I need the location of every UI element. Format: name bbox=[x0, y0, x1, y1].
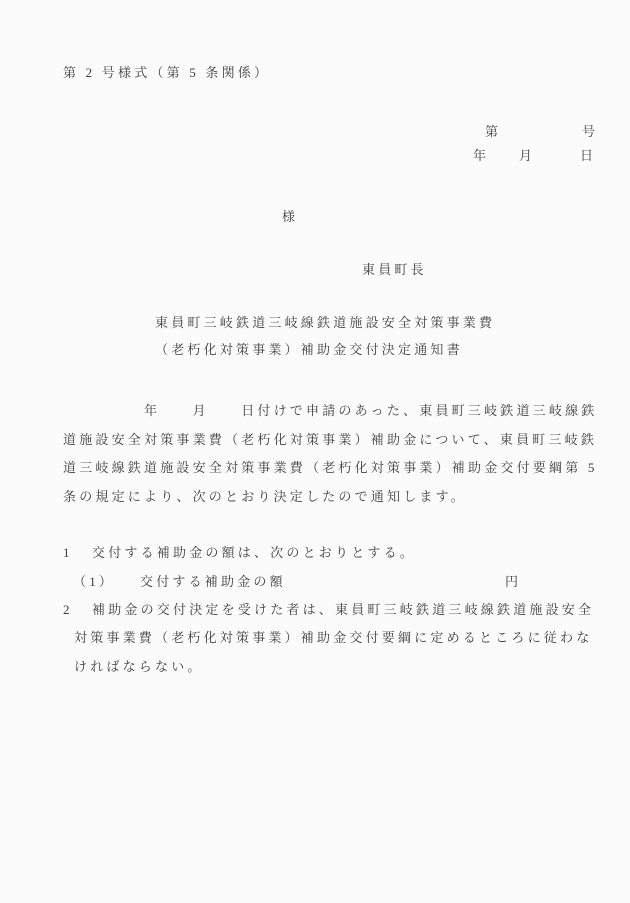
body-line: 年 月 日付けで申請のあった、東員町三岐鉄道三岐線鉄 bbox=[63, 397, 593, 426]
item-2-line: 対策事業費（老朽化対策事業）補助金交付要綱に定めるところに従わな bbox=[74, 630, 592, 645]
item-2-number: 2 bbox=[63, 602, 73, 617]
issue-number-suffix: 号 bbox=[582, 124, 598, 139]
form-number: 第 2 号様式（第 5 条関係） bbox=[63, 65, 270, 80]
item-2-line: ければならない。 bbox=[74, 659, 204, 674]
body-paragraph: 年 月 日付けで申請のあった、東員町三岐鉄道三岐線鉄 道施設安全対策事業費（老朽… bbox=[63, 397, 593, 511]
document-page: 第 2 号様式（第 5 条関係） 第 号 年 月 日 様 東員町長 東員町三岐鉄… bbox=[0, 0, 630, 903]
document-title-line1: 東員町三岐鉄道三岐線鉄道施設安全対策事業費 bbox=[155, 315, 495, 330]
body-line: 条の規定により、次のとおり決定したので通知します。 bbox=[63, 483, 593, 512]
item-1-number: 1 bbox=[63, 545, 73, 560]
item-2-line: 補助金の交付決定を受けた者は、東員町三岐鉄道三岐線鉄道施設安全 bbox=[92, 602, 594, 617]
item-1-text: 交付する補助金の額は、次のとおりとする。 bbox=[92, 545, 416, 560]
date-day-label: 日 bbox=[580, 148, 596, 163]
sender-name: 東員町長 bbox=[362, 262, 427, 277]
body-line: 道施設安全対策事業費（老朽化対策事業）補助金について、東員町三岐鉄 bbox=[63, 426, 593, 455]
date-month-label: 月 bbox=[519, 148, 535, 163]
item-1-sub-text: 交付する補助金の額 bbox=[140, 574, 286, 589]
issue-number-prefix: 第 bbox=[485, 124, 501, 139]
item-1-sub-number: （1） bbox=[73, 574, 115, 589]
recipient-honorific: 様 bbox=[282, 209, 298, 224]
date-year-label: 年 bbox=[473, 148, 489, 163]
document-title-line2: （老朽化対策事業）補助金交付決定通知書 bbox=[155, 342, 463, 357]
body-line: 道三岐線鉄道施設安全対策事業費（老朽化対策事業）補助金交付要綱第 5 bbox=[63, 454, 593, 483]
amount-unit-label: 円 bbox=[505, 574, 521, 589]
